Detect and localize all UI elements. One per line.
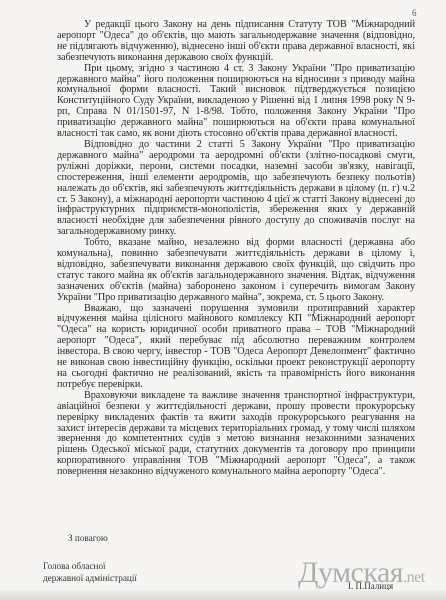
paragraph: Відповідно до частини 2 статті 5 Закону … — [57, 140, 415, 238]
document-page: 6 У редакції цього Закону на день підпис… — [0, 0, 446, 600]
signature-title: Голова обласної державної адміністрації — [43, 560, 137, 584]
paragraph: При цьому, згідно з частиною 4 ст. 3 Зак… — [57, 64, 415, 140]
page-number: 6 — [412, 8, 417, 18]
paragraph: Вважаю, що зазначені порушення зумовили … — [57, 304, 415, 391]
signature-title-line: державної адміністрації — [43, 572, 137, 584]
document-body: У редакції цього Закону на день підписан… — [57, 20, 415, 478]
page-bottom-edge — [0, 590, 446, 600]
paragraph: Враховуючи викладене та важливе значення… — [57, 391, 415, 478]
watermark-tld: .net — [403, 569, 425, 586]
paragraph: Тобто, вказане майно, незалежно від форм… — [57, 238, 415, 303]
signature-title-line: Голова обласної — [43, 560, 137, 572]
paragraph: У редакції цього Закону на день підписан… — [57, 20, 415, 64]
closing-salutation: З повагою — [68, 533, 108, 543]
